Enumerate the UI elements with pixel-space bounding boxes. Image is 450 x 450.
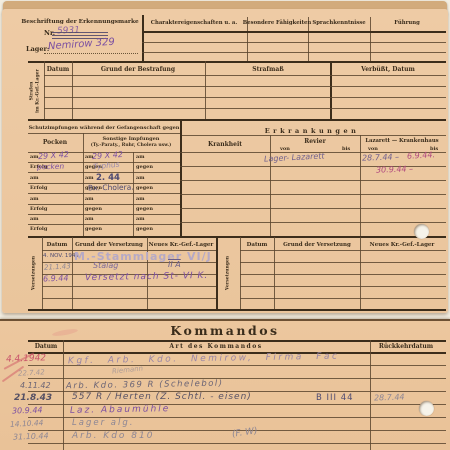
- traits-col-conduct: Führung: [394, 20, 420, 26]
- kommando-row-2-date: 22.7.42: [18, 368, 45, 377]
- erkrankungen-title: Erkrankungen: [265, 127, 360, 135]
- cholera-stamp: Bx. Cholera.: [88, 183, 134, 193]
- revier-von-label: von: [280, 146, 290, 152]
- punch-hole-lower: [419, 401, 434, 416]
- versetzungen-r-header-grund: Grund der Versetzung: [283, 242, 351, 248]
- traits-col-abilities: Besondere Fähigkeiten: [243, 20, 311, 26]
- versetzungen-r-header-datum: Datum: [247, 242, 268, 248]
- impfungen-col-sonstige: Sonstige Impfungen: [103, 136, 160, 142]
- strafen-header-strafmass: Strafmaß: [252, 66, 284, 73]
- versetzungen-l-header-grund: Grund der Versetzung: [75, 242, 143, 248]
- kommandos-header-art: Art des Kommandos: [169, 343, 262, 350]
- illness-lazarett-to: 6.9.44.: [407, 150, 435, 160]
- pocken-result-entry: pocken: [37, 162, 64, 172]
- kommando-row-6-art: Lager alg.: [72, 418, 134, 428]
- document-scan: Beschriftung der Erkennungsmarke Nr. 593…: [0, 0, 450, 450]
- erkrankungen-col-lazarett: Lazarett — Krankenhaus: [365, 138, 438, 144]
- kommando-row-4-date: 21.8.43: [14, 393, 52, 403]
- kommando-row-4-art: 557 R / Herten (Z. Schtl. - eisen): [72, 392, 252, 402]
- illness-lazarett-from-2: 30.9.44 –: [376, 164, 413, 174]
- strafen-side-label: Strafenim Kr.-Gef.-Lager: [30, 69, 41, 113]
- erkrankungen-col-krankheit: Krankheit: [208, 141, 242, 148]
- traits-col-languages: Sprachkenntnisse: [312, 20, 365, 26]
- kommando-row-7-art: Arb. Kdo 810: [72, 431, 154, 441]
- strafen-header-verbuesst: Verbüßt, Datum: [361, 66, 415, 73]
- impfungen-col-pocken: Pocken: [43, 139, 67, 146]
- impfungen-title: Schutzimpfungen während der Gefangenscha…: [29, 125, 180, 131]
- impfungen-col-sonstige-sub: (Ty.-Paraty., Ruhr, Cholera usw.): [91, 143, 172, 148]
- transfer-row3-date: 6.9.44: [43, 274, 69, 284]
- revier-bis-label: bis: [342, 146, 350, 152]
- illness-lazarett-from: 28.7.44 –: [362, 152, 399, 162]
- traits-col-character: Charaktereigenschaften u. a.: [151, 20, 237, 26]
- strafen-header-grund: Grund der Bestrafung: [101, 66, 175, 73]
- kommando-row-3-date: 4.11.42: [20, 381, 51, 390]
- kommando-row-7-date: 31.10.44: [13, 431, 49, 441]
- versetzungen-side-label-left: Versetzungen: [31, 256, 37, 290]
- versetzungen-l-header-lager: Neues Kr.-Gef.-Lager: [149, 242, 214, 248]
- idtag-title: Beschriftung der Erkennungsmarke: [21, 19, 138, 25]
- versetzungen-r-header-lager: Neues Kr.-Gef.-Lager: [370, 242, 435, 248]
- punch-hole-upper: [414, 224, 429, 239]
- transfer-row2-date: 21.1.43: [44, 262, 71, 271]
- kommandos-header-datum: Datum: [35, 343, 58, 350]
- kommando-row-5-date: 30.9.44: [12, 405, 43, 415]
- erkrankungen-col-revier: Revier: [304, 138, 326, 145]
- versetzungen-l-header-datum: Datum: [47, 242, 68, 248]
- vaccination-date-stamp: 2. 44: [96, 173, 120, 183]
- transfer-row2-reason: Stalag: [93, 261, 118, 270]
- kommando-row-4-stamp: B III 44: [316, 393, 354, 403]
- strafen-header-datum: Datum: [47, 66, 70, 73]
- kommandos-title: Kommandos: [170, 323, 279, 338]
- kommando-row-6-date: 14.10.44: [10, 418, 44, 429]
- lazarett-von-label: von: [368, 146, 378, 152]
- transfer-row2-camp: II A: [168, 260, 181, 269]
- lager-label: Lager:: [26, 45, 49, 53]
- versetzungen-side-label-right: Versetzungen: [225, 256, 231, 290]
- kommandos-header-rueckkehr: Rückkehrdatum: [379, 343, 433, 350]
- kommando-row-4-return: 28.7.44: [374, 392, 405, 402]
- kommando-row-5-art: Laz. Abaumühle: [70, 404, 170, 416]
